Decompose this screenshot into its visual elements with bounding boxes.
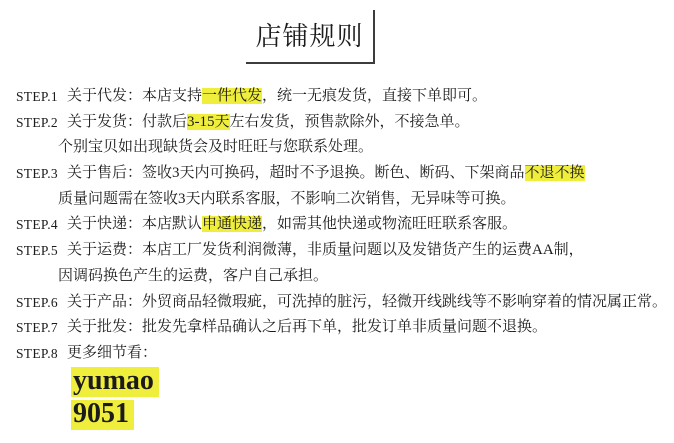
step-label: STEP.8 — [16, 341, 58, 367]
highlighted-text: 3-15天 — [187, 114, 230, 130]
rule-line: STEP.2关于发货：付款后3-15天左右发货，预售款除外，不接急单。 — [0, 110, 674, 136]
shop-number-line: 9051 — [71, 400, 159, 430]
shop-name: yumao — [71, 367, 159, 397]
step-label: STEP.5 — [16, 238, 58, 264]
rule-text: 因调码换色产生的运费，客户自己承担。 — [58, 268, 328, 284]
rule-line: STEP.1关于代发：本店支持一件代发，统一无痕发货，直接下单即可。 — [0, 84, 674, 110]
store-rules-page: 店铺规则 STEP.1关于代发：本店支持一件代发，统一无痕发货，直接下单即可。S… — [0, 0, 674, 443]
step-label: STEP.4 — [16, 212, 58, 238]
step-label: STEP.3 — [16, 161, 58, 187]
rule-line: STEP.3关于售后：签收3天内可换码，超时不予退换。断色、断码、下架商品不退不… — [0, 161, 674, 187]
rule-text: 关于产品：外贸商品轻微瑕疵，可洗掉的脏污，轻微开线跳线等不影响穿着的情况属正常。 — [67, 294, 667, 310]
step-label: STEP.6 — [16, 290, 58, 316]
step-label: STEP.1 — [16, 84, 58, 110]
rule-line-continuation: 因调码换色产生的运费，客户自己承担。 — [0, 264, 674, 290]
rule-text: 关于售后：签收3天内可换码，超时不予退换。断色、断码、下架商品 — [67, 165, 525, 181]
shop-name-line: yumao — [71, 367, 159, 397]
rule-line: STEP.7关于批发：批发先拿样品确认之后再下单，批发订单非质量问题不退换。 — [0, 315, 674, 341]
rule-text: 个别宝贝如出现缺货会及时旺旺与您联系处理。 — [58, 139, 373, 155]
rule-text: 更多细节看： — [67, 345, 157, 361]
step-label: STEP.7 — [16, 315, 58, 341]
rule-line: STEP.6关于产品：外贸商品轻微瑕疵，可洗掉的脏污，轻微开线跳线等不影响穿着的… — [0, 290, 674, 316]
page-title: 店铺规则 — [255, 16, 363, 57]
rule-text: 关于运费：本店工厂发货利润微薄，非质量问题以及发错货产生的运费AA制， — [67, 242, 584, 258]
rule-text: 关于快递：本店默认 — [67, 216, 202, 232]
rule-text: 关于批发：批发先拿样品确认之后再下单，批发订单非质量问题不退换。 — [67, 319, 547, 335]
rule-text: 质量问题需在签收3天内联系客服，不影响二次销售，无异味等可换。 — [58, 191, 516, 207]
rule-line: STEP.5关于运费：本店工厂发货利润微薄，非质量问题以及发错货产生的运费AA制… — [0, 238, 674, 264]
rule-line: STEP.4关于快递：本店默认申通快递，如需其他快递或物流旺旺联系客服。 — [0, 212, 674, 238]
shop-number: 9051 — [71, 400, 134, 430]
highlighted-text: 不退不换 — [525, 165, 585, 181]
rule-line-continuation: 个别宝贝如出现缺货会及时旺旺与您联系处理。 — [0, 135, 674, 161]
highlighted-text: 一件代发 — [202, 88, 262, 104]
rule-text: 左右发货，预售款除外，不接急单。 — [230, 114, 470, 130]
rule-line: STEP.8更多细节看： — [0, 341, 674, 367]
highlighted-text: 申通快递 — [202, 216, 262, 232]
shop-id-block: yumao 9051 — [71, 367, 159, 433]
rule-text: ，如需其他快递或物流旺旺联系客服。 — [262, 216, 517, 232]
rule-text: ，统一无痕发货，直接下单即可。 — [262, 88, 487, 104]
title-box: 店铺规则 — [246, 10, 375, 64]
step-label: STEP.2 — [16, 110, 58, 136]
rule-line-continuation: 质量问题需在签收3天内联系客服，不影响二次销售，无异味等可换。 — [0, 187, 674, 213]
rules-list: STEP.1关于代发：本店支持一件代发，统一无痕发货，直接下单即可。STEP.2… — [0, 84, 674, 367]
rule-text: 关于代发：本店支持 — [67, 88, 202, 104]
rule-text: 关于发货：付款后 — [67, 114, 187, 130]
